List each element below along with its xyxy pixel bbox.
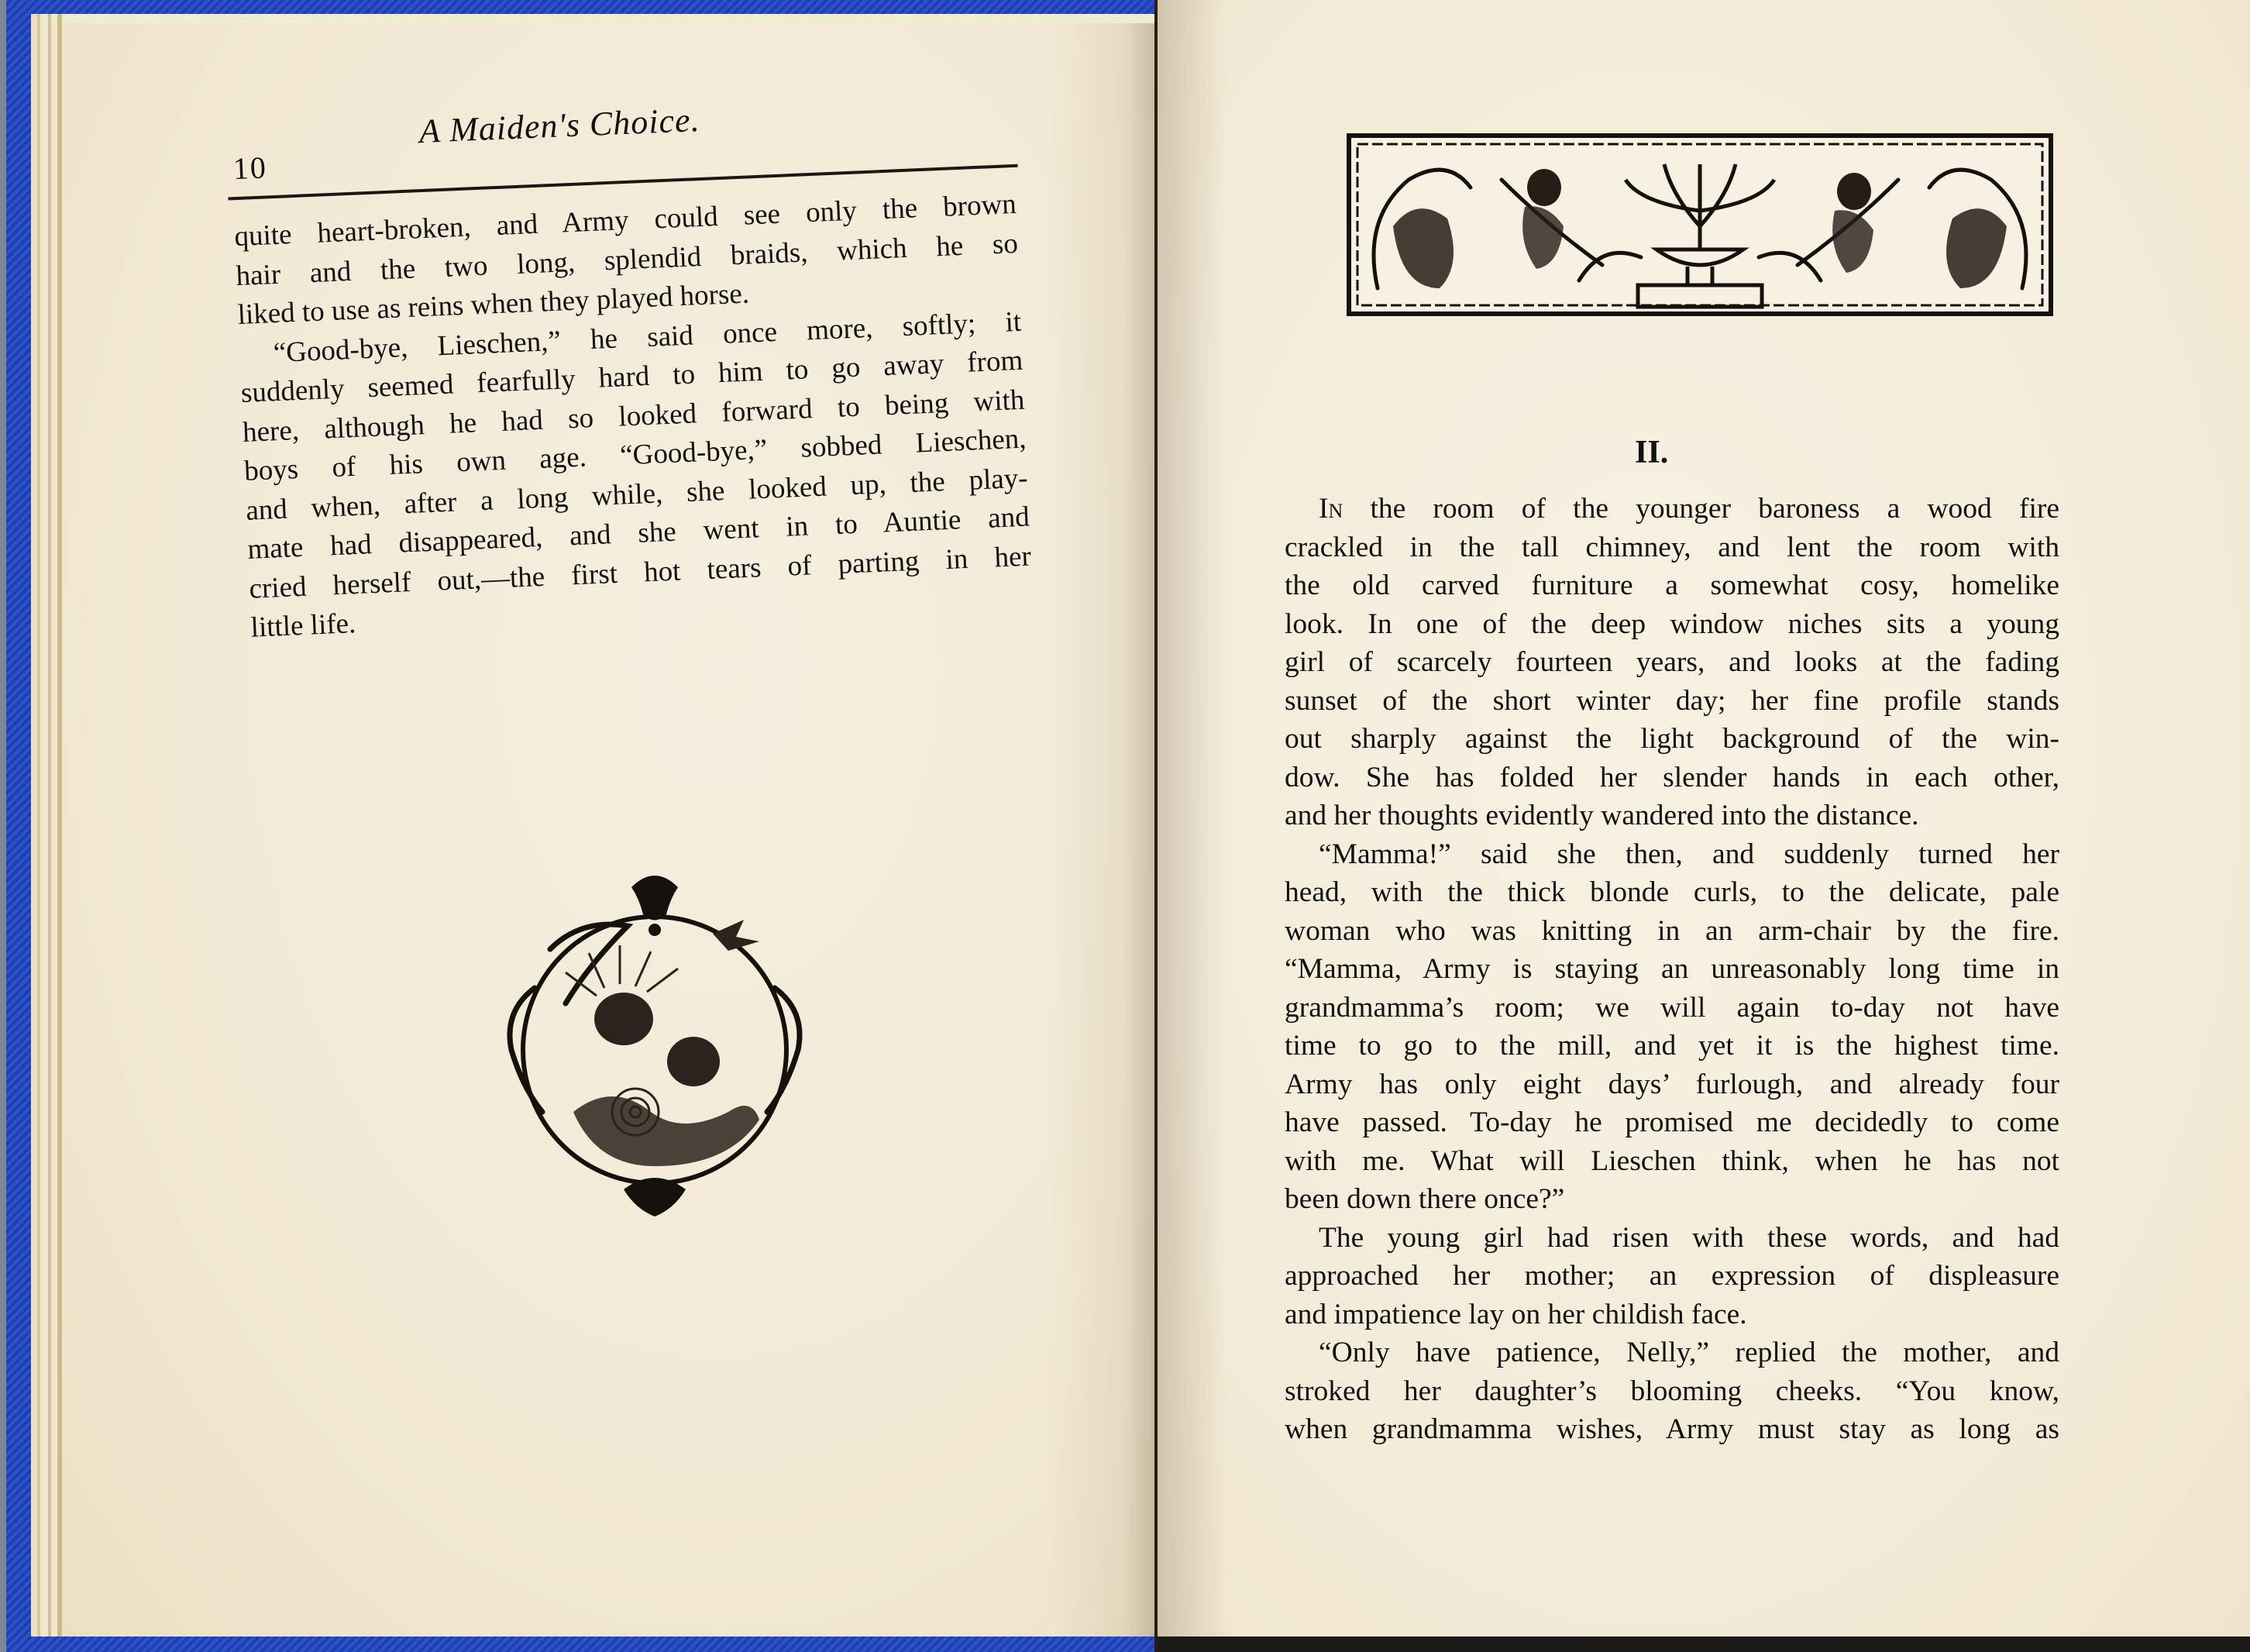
text-line: when grandmamma wishes, Army must stay a… [1285, 1410, 2059, 1449]
text-line: time to go to the mill, and yet it is th… [1285, 1027, 2059, 1065]
text-line: approached her mother; an expression of … [1285, 1257, 2059, 1296]
chapter-number: II. [1635, 434, 1668, 471]
text-line: head, with the thick blonde curls, to th… [1285, 873, 2059, 912]
text-line: have passed. To-day he promised me decid… [1285, 1103, 2059, 1142]
text-line: The young girl had risen with these word… [1285, 1219, 2059, 1258]
text-line: been down there once?” [1285, 1180, 2059, 1219]
text-line: out sharply against the light background… [1285, 720, 2059, 759]
text-line: Army has only eight days’ furlough, and … [1285, 1065, 2059, 1104]
text-line: the old carved furniture a somewhat cosy… [1285, 566, 2059, 605]
text-line: “Mamma, Army is staying an unreasonably … [1285, 950, 2059, 989]
text-line: with me. What will Lieschen think, when … [1285, 1142, 2059, 1181]
left-page-text: quite heart-broken, and Army could see o… [234, 185, 1034, 648]
chapter-opening-word: In [1319, 493, 1343, 525]
page-bottom-shadow [1158, 1637, 2250, 1652]
scan-background [0, 0, 6, 1652]
text-line: and impatience lay on her childish face. [1285, 1296, 2059, 1334]
text-line: crackled in the tall chimney, and lent t… [1285, 528, 2059, 567]
text-line: woman who was knitting in an arm-chair b… [1285, 912, 2059, 951]
page-number: 10 [232, 149, 268, 187]
text-line: “Mamma!” said she then, and suddenly tur… [1285, 835, 2059, 874]
ornamental-headpiece-icon [1347, 133, 2053, 316]
text-line: In the room of the younger baroness a wo… [1285, 490, 2059, 528]
text-line-body: the room of the younger baroness a wood … [1343, 493, 2059, 525]
text-line: dow. She has folded her slender hands in… [1285, 759, 2059, 797]
text-line: girl of scarcely fourteen years, and loo… [1285, 643, 2059, 682]
text-line: stroked her daughter’s blooming cheeks. … [1285, 1372, 2059, 1411]
text-line: look. In one of the deep window niches s… [1285, 605, 2059, 644]
vignette-medallion-icon [480, 856, 829, 1220]
right-page-text: In the room of the younger baroness a wo… [1285, 490, 2059, 1449]
text-line: and her thoughts evidently wandered into… [1285, 797, 2059, 835]
text-line: grandmamma’s room; we will again to-day … [1285, 989, 2059, 1027]
text-line: sunset of the short winter day; her fine… [1285, 682, 2059, 721]
text-line: “Only have patience, Nelly,” replied the… [1285, 1334, 2059, 1372]
